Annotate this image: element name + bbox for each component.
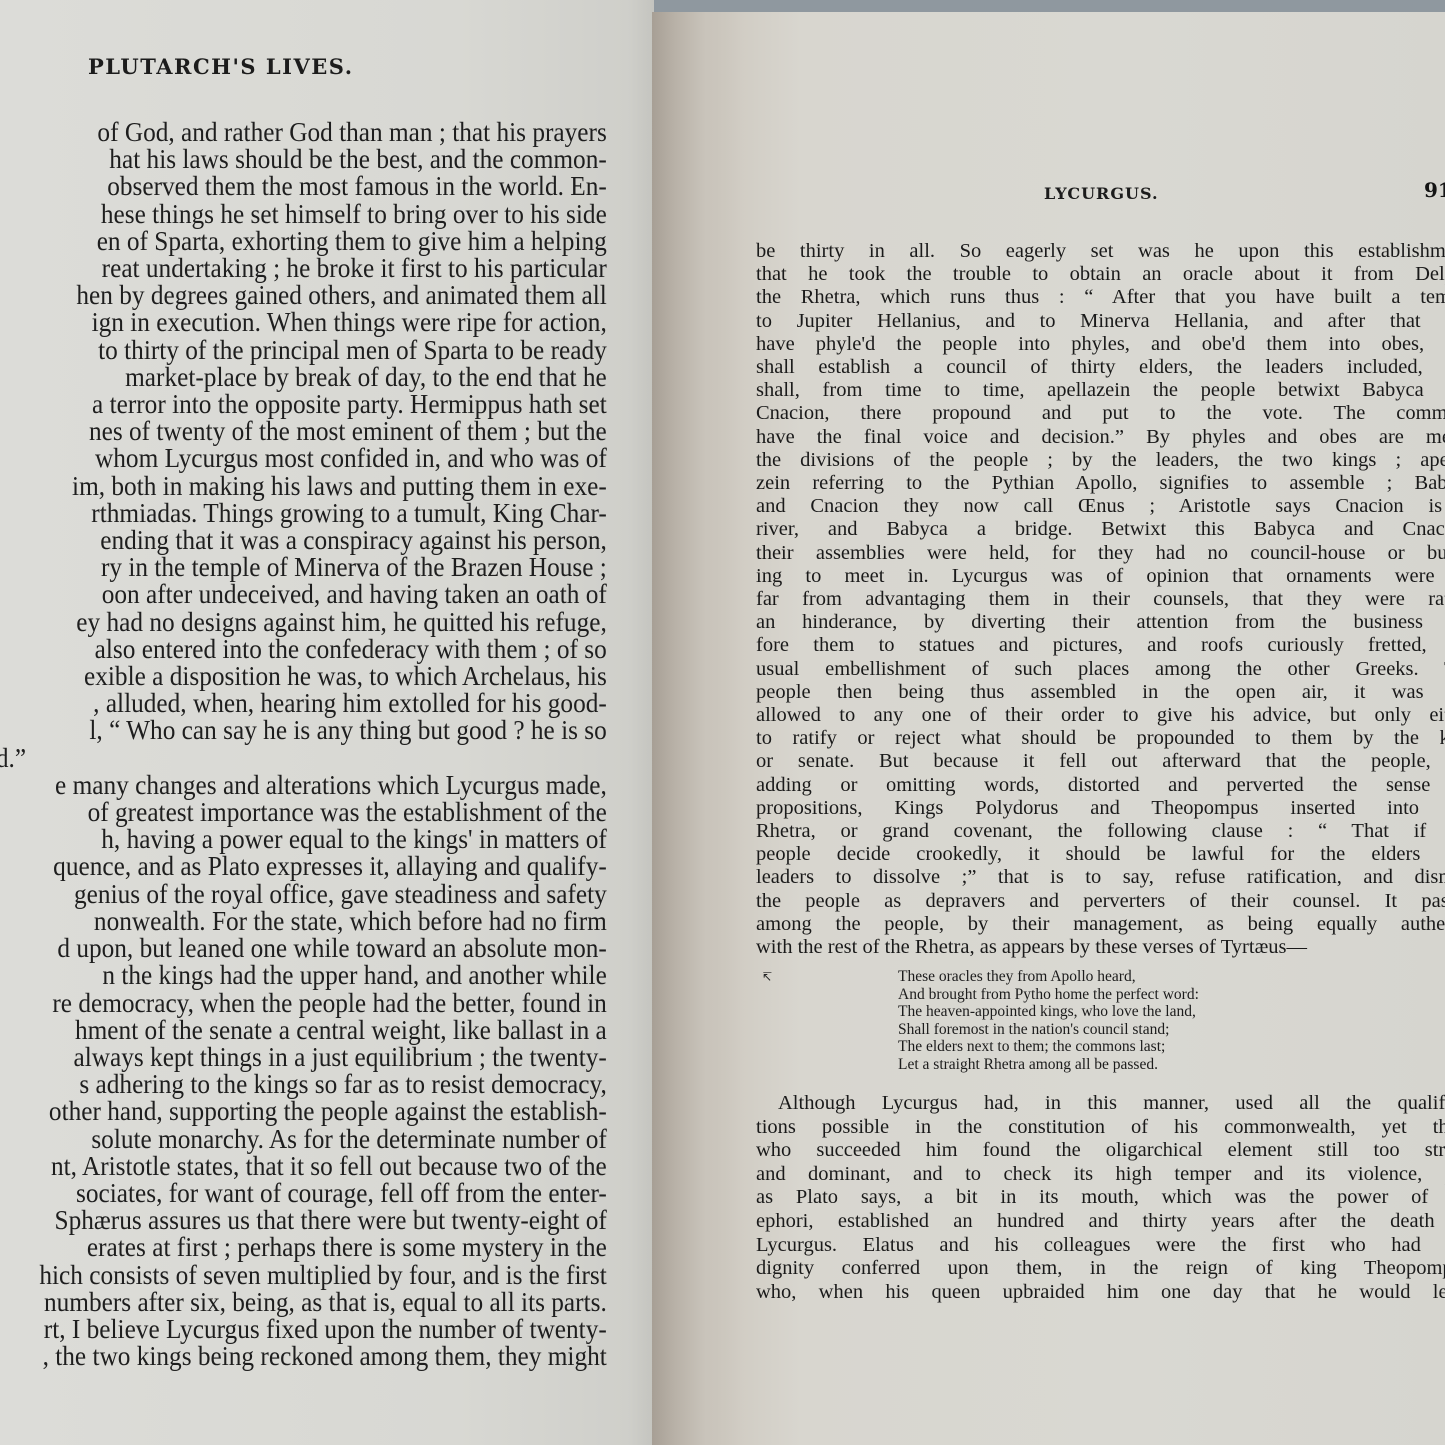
text-line: of greatest importance was the establish… — [0, 798, 607, 825]
text-line: im, both in making his laws and putting … — [0, 472, 607, 499]
text-line: the Rhetra, which runs thus : “ After th… — [756, 286, 1445, 309]
text-line: n the kings had the upper hand, and anot… — [0, 961, 607, 988]
text-line: to thirty of the principal men of Sparta… — [0, 336, 607, 363]
text-line: , alluded, when, hearing him extolled fo… — [0, 689, 607, 716]
text-line: l, “ Who can say he is any thing but goo… — [0, 716, 607, 743]
text-line: genius of the royal office, gave steadin… — [0, 880, 607, 907]
text-line: oon after undeceived, and having taken a… — [0, 580, 607, 607]
text-line: , the two kings being reckoned among the… — [0, 1342, 607, 1369]
text-line: as Plato says, a bit in its mouth, which… — [756, 1186, 1445, 1210]
book-gutter-shadow — [652, 12, 742, 1445]
text-line: be thirty in all. So eagerly set was he … — [756, 240, 1445, 263]
text-line: Rhetra, or grand covenant, the following… — [756, 820, 1445, 843]
text-line: observed them the most famous in the wor… — [0, 172, 607, 199]
right-page: LYCURGUS. 91 be thirty in all. So eagerl… — [660, 12, 1445, 1445]
text-line: allowed to any one of their order to giv… — [756, 704, 1445, 727]
text-line: leaders to dissolve ;” that is to say, r… — [756, 866, 1445, 889]
text-line: adding or omitting words, distorted and … — [756, 774, 1445, 797]
verse-line: The heaven-appointed kings, who love the… — [898, 1003, 1199, 1021]
text-line: sociates, for want of courage, fell off … — [0, 1179, 607, 1206]
verse-line: These oracles they from Apollo heard, — [898, 968, 1199, 986]
text-line: hich consists of seven multiplied by fou… — [0, 1261, 607, 1288]
text-line: that he took the trouble to obtain an or… — [756, 263, 1445, 286]
text-line: h, having a power equal to the kings' in… — [0, 825, 607, 852]
text-line: erates at first ; perhaps there is some … — [0, 1233, 607, 1260]
text-line: hment of the senate a central weight, li… — [0, 1016, 607, 1043]
text-line: who succeeded him found the oligarchical… — [756, 1139, 1445, 1163]
text-line: or senate. But because it fell out after… — [756, 750, 1445, 773]
left-page: PLUTARCH'S LIVES. of God, and rather God… — [0, 0, 654, 1445]
text-line: shall establish a council of thirty elde… — [756, 356, 1445, 379]
text-line: fore them to statues and pictures, and r… — [756, 634, 1445, 657]
text-line: numbers after six, being, as that is, eq… — [0, 1288, 607, 1315]
text-line: nes of twenty of the most eminent of the… — [0, 417, 607, 444]
verse-line: And brought from Pytho home the perfect … — [898, 986, 1199, 1004]
text-line: quence, and as Plato expresses it, allay… — [0, 852, 607, 879]
text-line: rt, I believe Lycurgus fixed upon the nu… — [0, 1315, 607, 1342]
text-line: far from advantaging them in their couns… — [756, 588, 1445, 611]
text-line: and dominant, and to check its high temp… — [756, 1163, 1445, 1187]
text-line: ey had no designs against him, he quitte… — [0, 608, 607, 635]
text-line: of God, and rather God than man ; that h… — [0, 118, 607, 145]
text-line: nonwealth. For the state, which before h… — [0, 907, 607, 934]
text-line: Cnacion, there propound and put to the v… — [756, 402, 1445, 425]
text-line: whom Lycurgus most confided in, and who … — [0, 444, 607, 471]
text-line: and Cnacion they now call Œnus ; Aristot… — [756, 495, 1445, 518]
verse-line: The elders next to them; the commons las… — [898, 1038, 1199, 1056]
right-running-head: LYCURGUS. — [1044, 184, 1159, 203]
text-line: to Jupiter Hellanius, and to Minerva Hel… — [756, 310, 1445, 333]
text-line: hen by degrees gained others, and animat… — [0, 281, 607, 308]
page-number: 91 — [1424, 178, 1445, 202]
text-line: dignity conferred upon them, in the reig… — [756, 1257, 1445, 1281]
text-line: oad.” — [0, 744, 607, 771]
text-line: propositions, Kings Polydorus and Theopo… — [756, 797, 1445, 820]
text-line: to ratify or reject what should be propo… — [756, 727, 1445, 750]
text-line: other hand, supporting the people agains… — [0, 1097, 607, 1124]
text-line: usual embellishment of such places among… — [756, 658, 1445, 681]
text-line: ign in execution. When things were ripe … — [0, 308, 607, 335]
text-line: an hinderance, by diverting their attent… — [756, 611, 1445, 634]
text-line: ending that it was a conspiracy against … — [0, 526, 607, 553]
verse-line: Let a straight Rhetra among all be passe… — [898, 1056, 1199, 1074]
text-line: market-place by break of day, to the end… — [0, 363, 607, 390]
verse-line: Shall foremost in the nation's council s… — [898, 1021, 1199, 1039]
text-line: ephori, established an hundred and thirt… — [756, 1210, 1445, 1234]
text-line: d upon, but leaned one while toward an a… — [0, 934, 607, 961]
text-line: people then being thus assembled in the … — [756, 681, 1445, 704]
text-line: ing to meet in. Lycurgus was of opinion … — [756, 565, 1445, 588]
open-book-photo: PLUTARCH'S LIVES. of God, and rather God… — [0, 0, 1445, 1445]
verse-quotation: These oracles they from Apollo heard, An… — [898, 968, 1199, 1074]
text-line: also entered into the confederacy with t… — [0, 635, 607, 662]
text-line: among the people, by their management, a… — [756, 913, 1445, 936]
text-line: ry in the temple of Minerva of the Braze… — [0, 553, 607, 580]
left-running-head: PLUTARCH'S LIVES. — [88, 54, 354, 79]
left-page-body: of God, and rather God than man ; that h… — [0, 118, 607, 1369]
text-line: their assemblies were held, for they had… — [756, 542, 1445, 565]
text-line: have the final voice and decision.” By p… — [756, 426, 1445, 449]
text-line: zein referring to the Pythian Apollo, si… — [756, 472, 1445, 495]
text-line: reat undertaking ; he broke it first to … — [0, 254, 607, 281]
text-line: Lycurgus. Elatus and his colleagues were… — [756, 1234, 1445, 1258]
right-page-paragraph-2: Although Lycurgus had, in this manner, u… — [756, 1092, 1445, 1304]
text-line: who, when his queen upbraided him one da… — [756, 1281, 1445, 1305]
text-line: Although Lycurgus had, in this manner, u… — [756, 1092, 1445, 1116]
text-line: Sphærus assures us that there were but t… — [0, 1206, 607, 1233]
pencil-mark-icon: ↸ — [762, 970, 772, 985]
text-line: en of Sparta, exhorting them to give him… — [0, 227, 607, 254]
text-line: a terror into the opposite party. Hermip… — [0, 390, 607, 417]
text-line: re democracy, when the people had the be… — [0, 989, 607, 1016]
text-line: rthmiadas. Things growing to a tumult, K… — [0, 499, 607, 526]
text-line: have phyle'd the people into phyles, and… — [756, 333, 1445, 356]
text-line: with the rest of the Rhetra, as appears … — [756, 936, 1445, 959]
text-line: tions possible in the constitution of hi… — [756, 1116, 1445, 1140]
right-page-body: be thirty in all. So eagerly set was he … — [756, 240, 1445, 959]
text-line: the people as depravers and perverters o… — [756, 890, 1445, 913]
text-line: e many changes and alterations which Lyc… — [0, 771, 607, 798]
text-line: solute monarchy. As for the determinate … — [0, 1125, 607, 1152]
text-line: people decide crookedly, it should be la… — [756, 843, 1445, 866]
text-line: exible a disposition he was, to which Ar… — [0, 662, 607, 689]
text-line: s adhering to the kings so far as to res… — [0, 1070, 607, 1097]
text-line: the divisions of the people ; by the lea… — [756, 449, 1445, 472]
text-line: hese things he set himself to bring over… — [0, 200, 607, 227]
text-line: river, and Babyca a bridge. Betwixt this… — [756, 518, 1445, 541]
text-line: always kept things in a just equilibrium… — [0, 1043, 607, 1070]
text-line: nt, Aristotle states, that it so fell ou… — [0, 1152, 607, 1179]
text-line: shall, from time to time, apellazein the… — [756, 379, 1445, 402]
text-line: hat his laws should be the best, and the… — [0, 145, 607, 172]
